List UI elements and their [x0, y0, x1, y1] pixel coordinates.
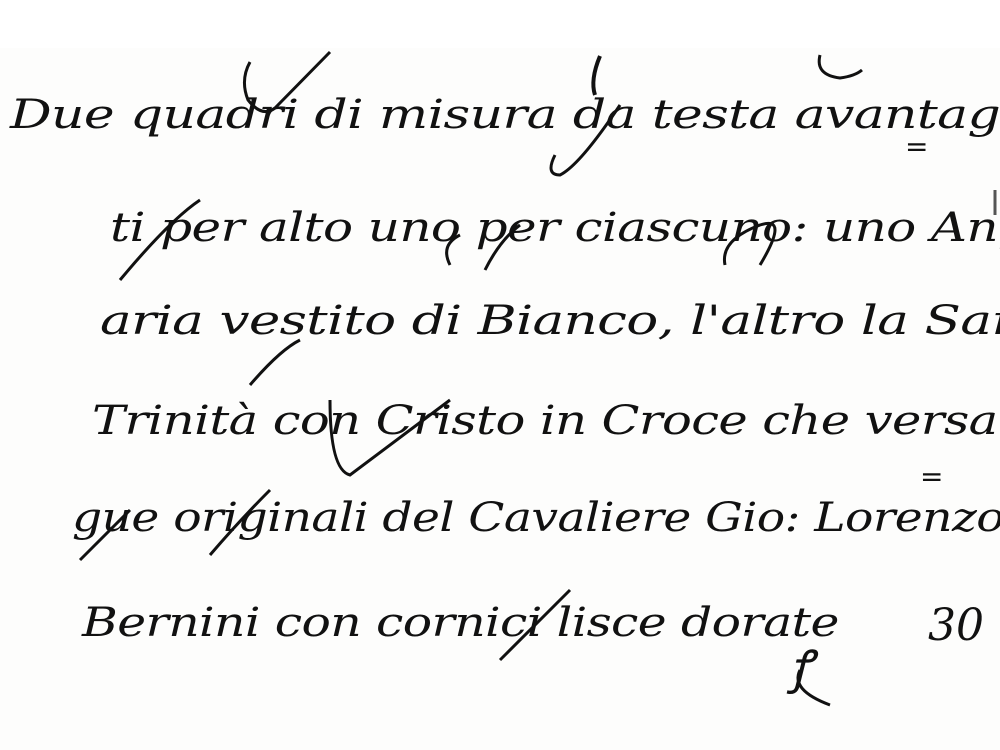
manuscript-page: Due quadri di misura da testa avantaggia…	[0, 0, 1000, 750]
manuscript-line-5: gue originali del Cavaliere Gio: Lorenzo	[72, 495, 1000, 541]
manuscript-line-3: aria vestito di Bianco, l'altro la Santi…	[100, 298, 1000, 344]
top-margin	[0, 0, 1000, 48]
currency-symbol: ꝭ	[790, 635, 812, 697]
price-amount: 30	[928, 600, 984, 651]
manuscript-line-2: ti per alto uno per ciascuno: uno Angelo…	[110, 205, 1000, 251]
manuscript-line-1: Due quadri di misura da testa avantaggia	[10, 92, 1000, 138]
manuscript-line-6: Bernini con cornici lisce dorate	[82, 600, 839, 646]
line-continuation-mark: =	[920, 460, 943, 493]
line-continuation-mark: =	[905, 130, 928, 163]
manuscript-line-4: Trinità con Cristo in Croce che versa Sa…	[92, 398, 1000, 444]
